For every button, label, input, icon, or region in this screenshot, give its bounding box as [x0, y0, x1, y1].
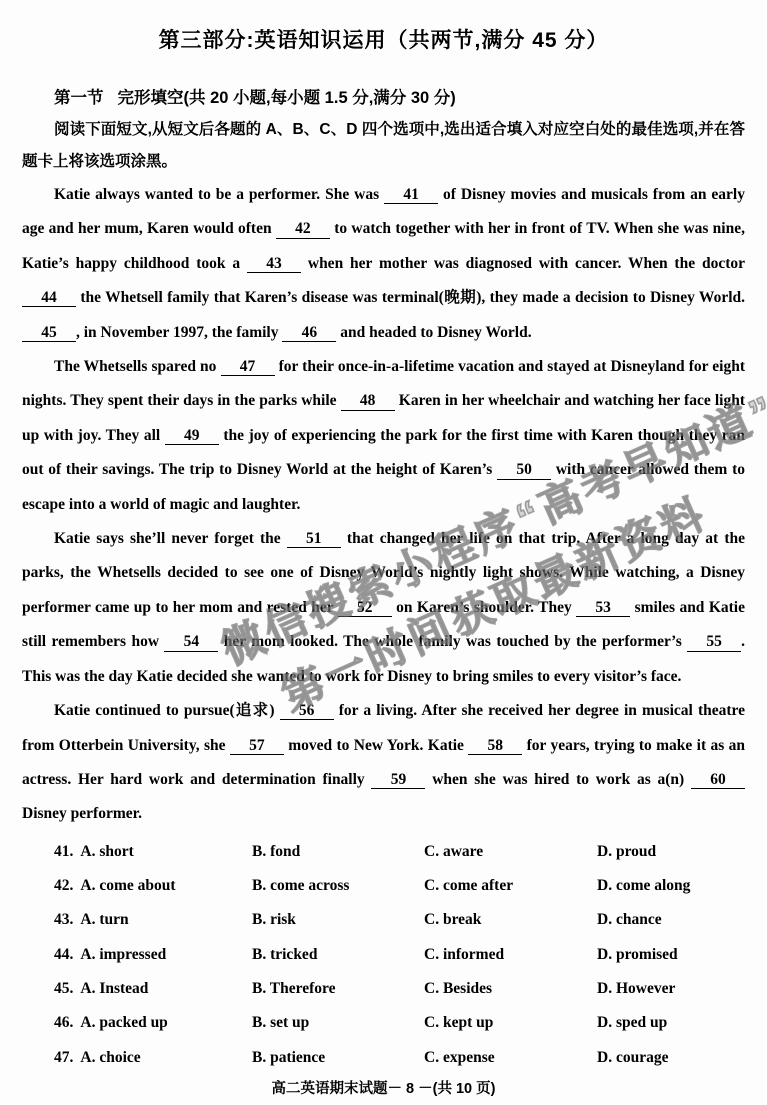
option-row: 47.A. choice B. patience C. expense D. c… [22, 1041, 745, 1075]
option-c: C. Besides [424, 980, 597, 998]
option-a: A. impressed [80, 946, 166, 963]
option-row: 42.A. come about B. come across C. come … [22, 869, 745, 903]
passage-paragraph: Katie says she’ll never forget the 51 th… [22, 522, 745, 694]
page-title: 第三部分:英语知识运用（共两节,满分 45 分） [22, 26, 745, 56]
cloze-passage: Katie always wanted to be a performer. S… [22, 178, 745, 832]
option-d: D. come along [597, 877, 745, 895]
blank-60: 60 [691, 772, 745, 789]
option-d: D. However [597, 980, 745, 998]
option-b: B. tricked [252, 946, 424, 964]
question-number: 44. [54, 946, 73, 963]
option-b: B. risk [252, 911, 424, 929]
section-instructions: 阅读下面短文,从短文后各题的 A、B、C、D 四个选项中,选出适合填入对应空白处… [22, 114, 745, 178]
option-d: D. sped up [597, 1014, 745, 1032]
option-d: D. promised [597, 946, 745, 964]
blank-56: 56 [280, 703, 334, 720]
question-number: 42. [54, 877, 73, 894]
blank-55: 55 [687, 634, 741, 651]
blank-45: 45 [22, 325, 76, 342]
blank-42: 42 [276, 221, 330, 238]
passage-paragraph: The Whetsells spared no 47 for their onc… [22, 350, 745, 522]
blank-50: 50 [497, 462, 551, 479]
option-c: C. expense [424, 1049, 597, 1067]
option-a: A. short [80, 843, 133, 860]
option-d: D. proud [597, 843, 745, 861]
option-row: 43.A. turn B. risk C. break D. chance [22, 903, 745, 937]
option-b: B. Therefore [252, 980, 424, 998]
option-c: C. kept up [424, 1014, 597, 1032]
blank-49: 49 [165, 428, 219, 445]
passage-paragraph: Katie continued to pursue(追求) 56 for a l… [22, 694, 745, 832]
option-row: 46.A. packed up B. set up C. kept up D. … [22, 1006, 745, 1040]
question-number: 45. [54, 980, 73, 997]
option-d: D. chance [597, 911, 745, 929]
section-heading-label: 第一节 [54, 89, 104, 107]
blank-57: 57 [230, 738, 284, 755]
options-table: 41.A. short B. fond C. aware D. proud 42… [22, 835, 745, 1075]
question-number: 46. [54, 1014, 73, 1031]
blank-59: 59 [371, 772, 425, 789]
option-c: C. come after [424, 877, 597, 895]
option-d: D. courage [597, 1049, 745, 1067]
blank-44: 44 [22, 290, 76, 307]
blank-41: 41 [384, 187, 438, 204]
option-a: A. choice [80, 1049, 140, 1066]
blank-54: 54 [164, 634, 218, 651]
option-b: B. patience [252, 1049, 424, 1067]
option-b: B. come across [252, 877, 424, 895]
blank-48: 48 [341, 393, 395, 410]
option-row: 44.A. impressed B. tricked C. informed D… [22, 938, 745, 972]
option-row: 41.A. short B. fond C. aware D. proud [22, 835, 745, 869]
option-b: B. set up [252, 1014, 424, 1032]
option-c: C. break [424, 911, 597, 929]
blank-58: 58 [468, 738, 522, 755]
question-number: 41. [54, 843, 73, 860]
option-c: C. aware [424, 843, 597, 861]
blank-51: 51 [287, 531, 341, 548]
option-a: A. turn [80, 911, 128, 928]
blank-43: 43 [247, 256, 301, 273]
blank-47: 47 [221, 359, 275, 376]
question-number: 43. [54, 911, 73, 928]
passage-paragraph: Katie always wanted to be a performer. S… [22, 178, 745, 350]
option-b: B. fond [252, 843, 424, 861]
option-a: A. come about [80, 877, 175, 894]
section-heading: 第一节完形填空(共 20 小题,每小题 1.5 分,满分 30 分) [22, 86, 745, 110]
page-footer: 高二英语期末试题－ 8 －(共 10 页) [22, 1078, 745, 1100]
blank-52: 52 [338, 600, 392, 617]
option-a: A. packed up [80, 1014, 167, 1031]
option-a: A. Instead [80, 980, 148, 997]
section-heading-text: 完形填空(共 20 小题,每小题 1.5 分,满分 30 分) [118, 89, 456, 107]
exam-page: 第三部分:英语知识运用（共两节,满分 45 分） 第一节完形填空(共 20 小题… [0, 26, 767, 1100]
question-number: 47. [54, 1049, 73, 1066]
blank-46: 46 [282, 325, 336, 342]
option-c: C. informed [424, 946, 597, 964]
option-row: 45.A. Instead B. Therefore C. Besides D.… [22, 972, 745, 1006]
blank-53: 53 [576, 600, 630, 617]
